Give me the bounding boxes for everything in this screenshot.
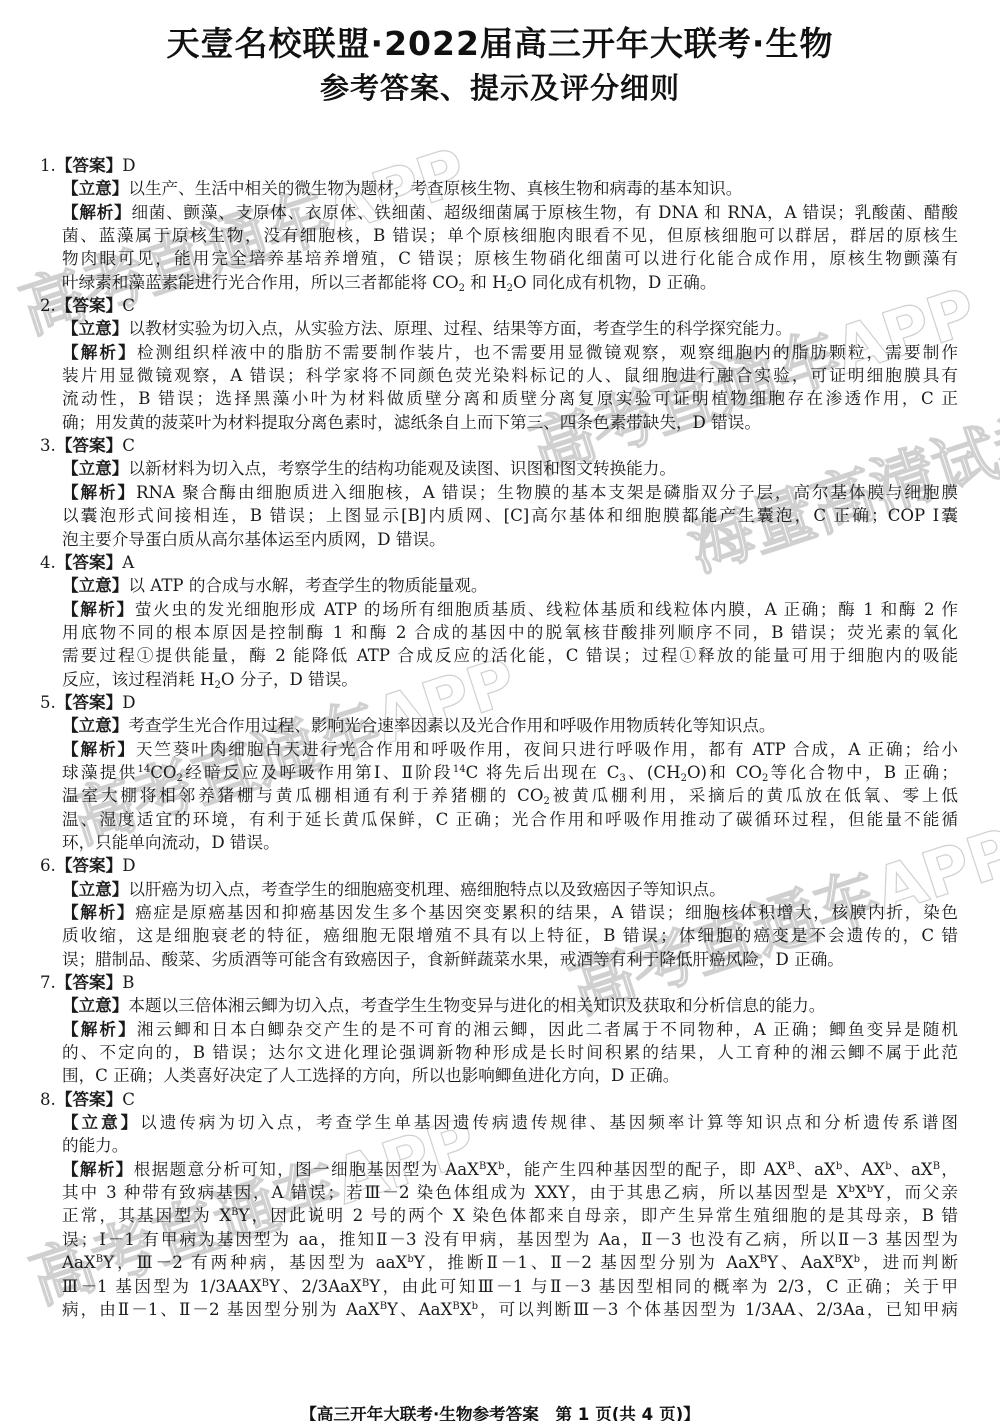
line-text: O 分子，D 错误。 bbox=[221, 670, 358, 689]
question-answer-header: 3.【答案】C bbox=[40, 434, 960, 457]
answer-line: 泡主要介导蛋白质从高尔基体运至内质网，D 错误。 bbox=[40, 528, 960, 551]
section-label: 【答案】 bbox=[56, 552, 122, 572]
answer-line: 【立意】以遗传病为切入点，考查学生单基因遗传病遗传规律、基因频率计算等知识点和分… bbox=[40, 1111, 958, 1134]
answer-line: 【立意】本题以三倍体湘云鲫为切入点，考查学生生物变异与进化的相关知识及获取和分析… bbox=[40, 994, 960, 1017]
line-text: 萤火虫的发光细胞形成 ATP 的场所有细胞质基质、线粒体基质和线粒体内膜，A 正… bbox=[135, 600, 958, 619]
line-text: 反应，该过程消耗 H bbox=[62, 670, 215, 689]
answer-line: 病，由Ⅱ－1、Ⅱ－2 基因型分别为 AaXBY、AaXBXb，可以判断Ⅲ－3 个… bbox=[40, 1298, 958, 1321]
line-text: 物肉眼可见，能用完全培养基培养增殖，C 错误；原核生物硝化细菌可以进行化能合成作… bbox=[62, 249, 958, 268]
section-label: 【答案】 bbox=[56, 692, 122, 712]
line-text: 叶绿素和藻蓝素能进行光合作用，所以三者都能将 CO bbox=[62, 273, 459, 292]
line-text: 7. bbox=[40, 973, 56, 992]
section-label: 【解析】 bbox=[62, 902, 135, 922]
section-label: 【解析】 bbox=[62, 739, 136, 759]
answer-line: 误；腊制品、酸菜、劣质酒等可能含有致癌因子，食新鲜蔬菜水果，戒酒等有利于降低肝癌… bbox=[40, 948, 960, 971]
section-label: 【立意】 bbox=[62, 575, 128, 595]
question-answer-header: 5.【答案】D bbox=[40, 691, 960, 714]
line-text: Y、AaX bbox=[387, 1300, 452, 1319]
line-text: 经暗反应及呼吸作用第Ⅰ、Ⅱ阶段 bbox=[183, 763, 453, 782]
line-text: Y、2/3AaX bbox=[269, 1277, 362, 1296]
line-text: ，可以判断Ⅲ－3 个体基因型为 1/3AA、2/3Aa，已知甲病 bbox=[478, 1300, 958, 1319]
section-label: 【解析】 bbox=[62, 202, 131, 222]
answer-line: 球藻提供14CO2经暗反应及呼吸作用第Ⅰ、Ⅱ阶段14C 将先后出现在 C3、(C… bbox=[40, 761, 958, 784]
section-label: 【解析】 bbox=[62, 482, 136, 502]
line-text: 考查学生光合作用过程、影响光合速率因素以及光合作用和呼吸作用物质转化等知识点。 bbox=[128, 716, 775, 735]
answer-line: 【立意】以 ATP 的合成与水解，考查学生的物质能量观。 bbox=[40, 574, 960, 597]
line-text: C bbox=[122, 1090, 135, 1109]
section-label: 【解析】 bbox=[62, 342, 137, 362]
answer-line: 以囊泡形式间接相连，B 错误；上图显示[B]内质网、[C]高尔基体和细胞膜都能产… bbox=[40, 504, 958, 527]
line-text: 本题以三倍体湘云鲫为切入点，考查学生生物变异与进化的相关知识及获取和分析信息的能… bbox=[128, 996, 825, 1015]
answer-line: 【解析】癌症是原癌基因和抑癌基因发生多个基因突变累积的结果，A 错误；细胞核体积… bbox=[40, 901, 958, 924]
line-text: 6. bbox=[40, 856, 56, 875]
line-text: Y，由此可知Ⅲ－1 与Ⅱ－3 基因型相同的概率为 2/3，C 正确；关于甲 bbox=[369, 1277, 958, 1296]
answer-line: 流动性，B 错误；选择黑藻小叶为材料做质壁分离和质壁分离复原实验可证明植物细胞存… bbox=[40, 387, 958, 410]
question-answer-header: 6.【答案】D bbox=[40, 854, 960, 877]
line-text: X bbox=[486, 1160, 498, 1179]
answer-line: 【解析】RNA 聚合酶由细胞质进入细胞核，A 错误；生物膜的基本支架是磷脂双分子… bbox=[40, 481, 958, 504]
line-text: 以生产、生活中相关的微生物为题材，考查原核生物、真核生物和病毒的基本知识。 bbox=[128, 179, 742, 198]
line-text: C bbox=[122, 296, 135, 315]
line-text: C 将先后出现在 C bbox=[466, 763, 620, 782]
answer-line: 物肉眼可见，能用完全培养基培养增殖，C 错误；原核生物硝化细菌可以进行化能合成作… bbox=[40, 247, 958, 270]
line-text: 确；用发黄的菠菜叶为材料提取分离色素时，滤纸条自上而下第三、四条色素带缺失，D … bbox=[62, 413, 761, 432]
line-text: 用底物不同的根本原因是控制酶 1 和酶 2 合成的基因中的脱氧核苷酸排列顺序不同… bbox=[62, 623, 958, 642]
line-text: 检测组织样液中的脂肪不需要制作装片，也不需要用显微镜观察，观察细胞内的脂肪颗粒，… bbox=[137, 343, 958, 362]
line-text: ，进而判断 bbox=[860, 1253, 958, 1272]
section-label: 【解析】 bbox=[62, 1019, 137, 1039]
line-text: AaX bbox=[62, 1253, 96, 1272]
line-text: 5. bbox=[40, 693, 56, 712]
line-text: 误；Ⅰ－1 有甲病为基因型为 aa，推知Ⅱ－3 没有甲病，基因型为 Aa，Ⅱ－3… bbox=[62, 1230, 958, 1249]
line-text: 1. bbox=[40, 156, 56, 175]
section-label: 【立意】 bbox=[62, 995, 128, 1015]
answer-line: 误；Ⅰ－1 有甲病为基因型为 aa，推知Ⅱ－3 没有甲病，基因型为 Aa，Ⅱ－3… bbox=[40, 1228, 958, 1251]
section-label: 【立意】 bbox=[62, 1112, 140, 1132]
line-text: 质收缩，这是细胞衰老的特征，癌细胞无限增殖不具有以上特征，B 错误；体细胞的癌变… bbox=[62, 926, 958, 945]
answer-line: Ⅲ－1 基因型为 1/3AAXBY、2/3AaXBY，由此可知Ⅲ－1 与Ⅱ－3 … bbox=[40, 1275, 958, 1298]
answer-line: AaXBY，Ⅲ－2 有两种病，基因型为 aaXbY，推断Ⅱ－1、Ⅱ－2 基因型分… bbox=[40, 1251, 958, 1274]
line-text: D bbox=[122, 156, 135, 175]
answer-line: 反应，该过程消耗 H2O 分子，D 错误。 bbox=[40, 668, 960, 691]
line-text: 以新材料为切入点，考察学生的结构功能观及读图、识图和图文转换能力。 bbox=[128, 459, 676, 478]
line-text: C bbox=[122, 436, 135, 455]
line-text: 的、不定向的，B 错误；达尔文进化理论强调新物种形成是长时间积累的结果，人工育种… bbox=[62, 1043, 958, 1062]
line-text: X bbox=[855, 1183, 867, 1202]
line-text: 、aX bbox=[892, 1160, 933, 1179]
line-text: 围，C 正确；人类喜好决定了人工选择的方向，所以也影响鲫鱼进化方向，D 正确。 bbox=[62, 1066, 679, 1085]
answer-line: 环，只能单向流动，D 错误。 bbox=[40, 831, 960, 854]
section-label: 【答案】 bbox=[56, 972, 122, 992]
line-text: Ⅲ－1 基因型为 1/3AAX bbox=[62, 1277, 262, 1296]
section-label: 【解析】 bbox=[62, 599, 135, 619]
answer-line: 正常，其基因型为 XBY，因此说明 2 号的两个 X 染色体都来自母亲，即产生异… bbox=[40, 1204, 958, 1227]
line-text: B bbox=[452, 1301, 459, 1312]
line-text: 、AX bbox=[842, 1160, 885, 1179]
answer-line: 的、不定向的，B 错误；达尔文进化理论强调新物种形成是长时间积累的结果，人工育种… bbox=[40, 1041, 958, 1064]
answer-line: 叶绿素和藻蓝素能进行光合作用，所以三者都能将 CO2 和 H2O 同化成有机物，… bbox=[40, 271, 960, 294]
section-label: 【答案】 bbox=[56, 295, 122, 315]
line-text: ， bbox=[940, 1160, 958, 1179]
line-text: 其中 3 种带有致病基因，A 错误；若Ⅲ－2 染色体组成为 XXY，由于其患乙病… bbox=[62, 1183, 849, 1202]
line-text: B bbox=[380, 1301, 387, 1312]
line-text: 装片用显微镜观察，A 错误；科学家将不同颜色荧光染料标记的人、鼠细胞进行融合实验… bbox=[62, 366, 958, 385]
answer-line: 【解析】天竺葵叶肉细胞白天进行光合作用和呼吸作用，夜间只进行呼吸作用，都有 AT… bbox=[40, 738, 958, 761]
line-text: B bbox=[834, 1254, 841, 1265]
answer-line: 【解析】细菌、颤藻、支原体、衣原体、铁细菌、超级细菌属于原核生物，有 DNA 和… bbox=[40, 201, 958, 224]
section-label: 【答案】 bbox=[56, 435, 122, 455]
answer-line: 【立意】以肝癌为切入点，考查学生的细胞癌变机理、癌细胞特点以及致癌因子等知识点。 bbox=[40, 878, 960, 901]
line-text: B bbox=[933, 1161, 940, 1172]
document-title: 天壹名校联盟·2022届高三开年大联考·生物 bbox=[0, 18, 1000, 65]
answer-line: 温室大棚将相邻养猪棚与黄瓜棚相通有利于养猪棚的 CO2被黄瓜棚利用，采摘后的黄瓜… bbox=[40, 784, 958, 807]
answer-line: 围，C 正确；人类喜好决定了人工选择的方向，所以也影响鲫鱼进化方向，D 正确。 bbox=[40, 1064, 960, 1087]
document-subtitle: 参考答案、提示及评分细则 bbox=[0, 66, 1000, 107]
answer-line: 用底物不同的根本原因是控制酶 1 和酶 2 合成的基因中的脱氧核苷酸排列顺序不同… bbox=[40, 621, 958, 644]
answer-line: 需要过程①提供能量，酶 2 能降低 ATP 合成反应的活化能，C 错误；过程①释… bbox=[40, 644, 958, 667]
section-label: 【立意】 bbox=[62, 458, 128, 478]
answer-line: 装片用显微镜观察，A 错误；科学家将不同颜色荧光染料标记的人、鼠细胞进行融合实验… bbox=[40, 364, 958, 387]
line-text: D bbox=[122, 856, 135, 875]
line-text: 病，由Ⅱ－1、Ⅱ－2 基因型分别为 AaX bbox=[62, 1300, 380, 1319]
line-text: 温室大棚将相邻养猪棚与黄瓜棚相通有利于养猪棚的 CO bbox=[62, 786, 543, 805]
line-text: Y，推断Ⅱ－1、Ⅱ－2 基因型分别为 AaX bbox=[414, 1253, 760, 1272]
line-text: D bbox=[122, 693, 135, 712]
line-text: 以遗传病为切入点，考查学生单基因遗传病遗传规律、基因频率计算等知识点和分析遗传系… bbox=[140, 1113, 958, 1132]
answer-line: 确；用发黄的菠菜叶为材料提取分离色素时，滤纸条自上而下第三、四条色素带缺失，D … bbox=[40, 411, 960, 434]
answer-line: 【解析】检测组织样液中的脂肪不需要制作装片，也不需要用显微镜观察，观察细胞内的脂… bbox=[40, 341, 958, 364]
line-text: 球藻提供 bbox=[62, 763, 138, 782]
question-answer-header: 2.【答案】C bbox=[40, 294, 960, 317]
line-text: 被黄瓜棚利用，采摘后的黄瓜放在低氧、零上低 bbox=[550, 786, 958, 805]
line-text: 以囊泡形式间接相连，B 错误；上图显示[B]内质网、[C]高尔基体和细胞膜都能产… bbox=[62, 506, 958, 525]
line-text: B bbox=[96, 1254, 103, 1265]
line-text: 菌、蓝藻属于原核生物，没有细胞核，B 错误；单个原核细胞肉眼看不见，但原核细胞可… bbox=[62, 226, 958, 245]
line-text: 需要过程①提供能量，酶 2 能降低 ATP 合成反应的活化能，C 错误；过程①释… bbox=[62, 646, 958, 665]
line-text: A bbox=[122, 553, 134, 572]
line-text: 温、湿度适宜的环境，有利于延长黄瓜保鲜，C 正确；光合作用和呼吸作用推动了碳循环… bbox=[62, 810, 958, 829]
section-label: 【答案】 bbox=[56, 855, 122, 875]
answer-line: 温、湿度适宜的环境，有利于延长黄瓜保鲜，C 正确；光合作用和呼吸作用推动了碳循环… bbox=[40, 808, 958, 831]
answer-line: 【解析】萤火虫的发光细胞形成 ATP 的场所有细胞质基质、线粒体基质和线粒体内膜… bbox=[40, 598, 958, 621]
question-answer-header: 7.【答案】B bbox=[40, 971, 960, 994]
line-text: 以教材实验为切入点，从实验方法、原理、过程、结果等方面，考查学生的科学探究能力。 bbox=[128, 319, 792, 338]
line-text: O 同化成有机物，D 正确。 bbox=[513, 273, 716, 292]
line-text: 2. bbox=[40, 296, 56, 315]
answer-line: 【立意】以新材料为切入点，考察学生的结构功能观及读图、识图和图文转换能力。 bbox=[40, 457, 960, 480]
section-label: 【答案】 bbox=[56, 155, 122, 175]
answer-line: 的能力。 bbox=[40, 1134, 960, 1157]
line-text: CO bbox=[150, 763, 176, 782]
line-text: 的能力。 bbox=[62, 1136, 128, 1155]
line-text: 3. bbox=[40, 436, 56, 455]
section-label: 【立意】 bbox=[62, 879, 128, 899]
line-text: X bbox=[460, 1300, 472, 1319]
section-label: 【立意】 bbox=[62, 715, 128, 735]
answer-line: 【立意】以教材实验为切入点，从实验方法、原理、过程、结果等方面，考查学生的科学探… bbox=[40, 317, 960, 340]
line-text: B bbox=[122, 973, 134, 992]
line-text: 泡主要介导蛋白质从高尔基体运至内质网，D 错误。 bbox=[62, 530, 446, 549]
line-text: B bbox=[262, 1278, 269, 1289]
section-label: 【立意】 bbox=[62, 318, 128, 338]
line-text: 细菌、颤藻、支原体、衣原体、铁细菌、超级细菌属于原核生物，有 DNA 和 RNA… bbox=[131, 203, 958, 222]
line-text: Y，因此说明 2 号的两个 X 染色体都来自母亲，即产生异常生殖细胞的是其母亲，… bbox=[238, 1206, 958, 1225]
answer-line: 其中 3 种带有致病基因，A 错误；若Ⅲ－2 染色体组成为 XXY，由于其患乙病… bbox=[40, 1181, 958, 1204]
line-text: 以肝癌为切入点，考查学生的细胞癌变机理、癌细胞特点以及致癌因子等知识点。 bbox=[128, 880, 725, 899]
line-text: 等化合物中，B 正确； bbox=[768, 763, 958, 782]
line-text: 癌症是原癌基因和抑癌基因发生多个基因突变累积的结果，A 错误；细胞核体积增大，核… bbox=[135, 903, 958, 922]
line-text: X bbox=[842, 1253, 854, 1272]
answer-line: 【解析】湘云鲫和日本白鲫杂交产生的是不可育的湘云鲫，因此二者属于不同物种，A 正… bbox=[40, 1018, 958, 1041]
section-label: 【解析】 bbox=[62, 1159, 134, 1179]
line-text: 14 bbox=[453, 764, 466, 775]
line-text: ，能产生四种基因型的配子，即 AX bbox=[505, 1160, 788, 1179]
line-text: 以 ATP 的合成与水解，考查学生的物质能量观。 bbox=[128, 576, 487, 595]
answer-line: 【解析】根据题意分析可知，图一细胞基因型为 AaXBXb，能产生四种基因型的配子… bbox=[40, 1158, 958, 1181]
line-text: 流动性，B 错误；选择黑藻小叶为材料做质壁分离和质壁分离复原实验可证明植物细胞存… bbox=[62, 389, 958, 408]
line-text: 误；腊制品、酸菜、劣质酒等可能含有致癌因子，食新鲜蔬菜水果，戒酒等有利于降低肝癌… bbox=[62, 950, 844, 969]
section-label: 【立意】 bbox=[62, 178, 128, 198]
line-text: 4. bbox=[40, 553, 56, 572]
line-text: 、(CH bbox=[626, 763, 681, 782]
line-text: 、aX bbox=[795, 1160, 836, 1179]
line-text: 正常，其基因型为 X bbox=[62, 1206, 231, 1225]
line-text: 8. bbox=[40, 1090, 56, 1109]
answer-body: 1.【答案】D【立意】以生产、生活中相关的微生物为题材，考查原核生物、真核生物和… bbox=[40, 154, 960, 1321]
line-text: 根据题意分析可知，图一细胞基因型为 AaX bbox=[134, 1160, 479, 1179]
line-text: 和 H bbox=[465, 273, 507, 292]
line-text: 天竺葵叶肉细胞白天进行光合作用和呼吸作用，夜间只进行呼吸作用，都有 ATP 合成… bbox=[136, 740, 958, 759]
line-text: RNA 聚合酶由细胞质进入细胞核，A 错误；生物膜的基本支架是磷脂双分子层，高尔… bbox=[136, 483, 958, 502]
line-text: Y、AaX bbox=[767, 1253, 834, 1272]
question-answer-header: 4.【答案】A bbox=[40, 551, 960, 574]
answer-line: 【立意】考查学生光合作用过程、影响光合速率因素以及光合作用和呼吸作用物质转化等知… bbox=[40, 714, 960, 737]
line-text: O)和 CO bbox=[687, 763, 762, 782]
line-text: 14 bbox=[138, 764, 151, 775]
answer-line: 【立意】以生产、生活中相关的微生物为题材，考查原核生物、真核生物和病毒的基本知识… bbox=[40, 177, 960, 200]
line-text: Y，Ⅲ－2 有两种病，基因型为 aaX bbox=[103, 1253, 407, 1272]
line-text: Y，而父亲 bbox=[873, 1183, 958, 1202]
answer-line: 质收缩，这是细胞衰老的特征，癌细胞无限增殖不具有以上特征，B 错误；体细胞的癌变… bbox=[40, 924, 958, 947]
section-label: 【答案】 bbox=[56, 1089, 122, 1109]
answer-line: 菌、蓝藻属于原核生物，没有细胞核，B 错误；单个原核细胞肉眼看不见，但原核细胞可… bbox=[40, 224, 958, 247]
line-text: 湘云鲫和日本白鲫杂交产生的是不可育的湘云鲫，因此二者属于不同物种，A 正确；鲫鱼… bbox=[137, 1020, 958, 1039]
page-footer: 【高三开年大联考·生物参考答案 第 1 页(共 4 页)】 bbox=[0, 1401, 1000, 1421]
line-text: B bbox=[787, 1161, 794, 1172]
question-answer-header: 8.【答案】C bbox=[40, 1088, 960, 1111]
line-text: 环，只能单向流动，D 错误。 bbox=[62, 833, 280, 852]
question-answer-header: 1.【答案】D bbox=[40, 154, 960, 177]
